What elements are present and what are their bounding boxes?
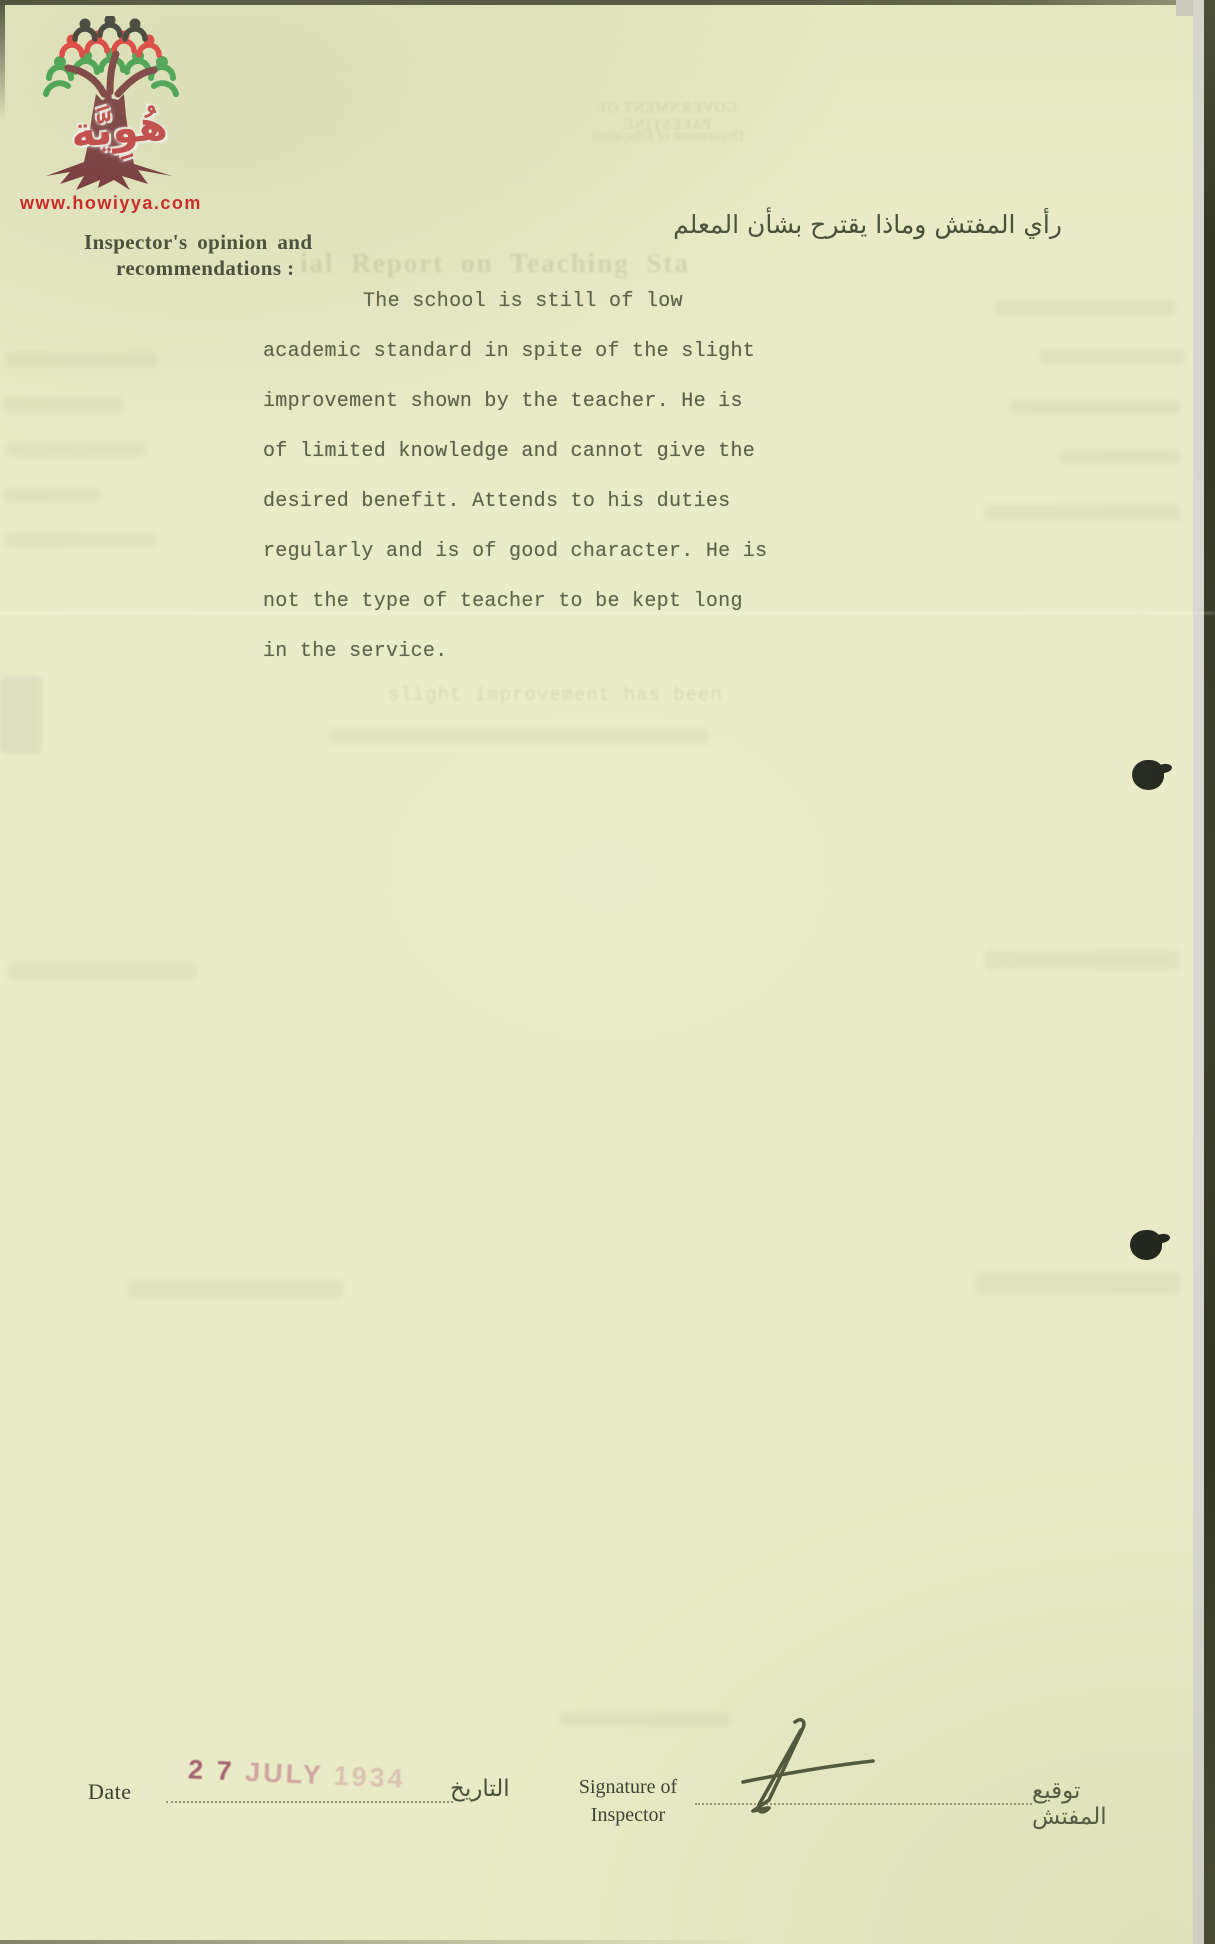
bleedthrough-smudge [330, 728, 710, 744]
date-stamp: 2 7 JULY 1934 [187, 1754, 448, 1796]
typed-line: of limited knowledge and cannot give the [263, 440, 823, 490]
stamp-day: 2 7 [187, 1754, 235, 1786]
bleedthrough-smudge [128, 1280, 343, 1298]
date-label: Date [88, 1779, 132, 1805]
bleedthrough-smudge [1010, 400, 1180, 414]
typewritten-report-text: The school is still of low academic stan… [263, 290, 823, 690]
bleedthrough-smudge [4, 488, 100, 502]
site-url-watermark: www.howiyya.com [20, 193, 202, 214]
bleedthrough-smudge [985, 950, 1180, 970]
bleedthrough-smudge [6, 352, 156, 368]
inspector-opinion-label-line2: recommendations : [116, 256, 316, 281]
inspector-signature [733, 1716, 883, 1818]
bleedthrough-smudge [4, 398, 122, 412]
bleedthrough-smudge [985, 505, 1180, 521]
bleedthrough-smudge [8, 962, 198, 980]
inspector-opinion-label-line1: Inspector's opinion and [84, 230, 354, 255]
stamp-year: 1934 [333, 1761, 406, 1794]
scan-edge-bottom [0, 1940, 760, 1944]
typed-line: desired benefit. Attends to his duties [263, 490, 823, 540]
typed-line: improvement shown by the teacher. He is [263, 390, 823, 440]
date-dotted-line [166, 1801, 453, 1803]
bleedthrough-government-line: GOVERNMENT OF PALESTINE [552, 100, 782, 134]
scan-edge-top [0, 0, 1215, 5]
bleedthrough-smudge [975, 1272, 1180, 1294]
typed-line: academic standard in spite of the slight [263, 340, 823, 390]
typed-line: regularly and is of good character. He i… [263, 540, 823, 590]
typed-line: in the service. [263, 640, 823, 690]
scanned-document-page: هُوِيَّة www.howiyya.com GOVERNMENT OF P… [0, 0, 1215, 1944]
bleedthrough-smudge [6, 533, 156, 547]
bleedthrough-smudge [1060, 450, 1180, 464]
scan-edge-right-dark [1204, 0, 1215, 1944]
signature-label-arabic: توقيع المفتش [1032, 1778, 1144, 1830]
date-label-arabic: التاريخ [450, 1776, 510, 1802]
scan-edge-right-light [1193, 0, 1204, 1944]
bleedthrough-smudge [560, 1712, 730, 1726]
bleedthrough-smudge [1040, 350, 1185, 364]
ink-dot-hole-lower [1130, 1230, 1162, 1260]
bleedthrough-smudge [6, 443, 146, 457]
ink-dot-hole-upper [1132, 760, 1164, 790]
signature-label-line1: Signature of [558, 1776, 698, 1799]
bleedthrough-report-heading: ial Report on Teaching Sta [300, 248, 920, 279]
stamp-month: JULY [244, 1757, 323, 1790]
bleedthrough-department-line: Department of Education [568, 128, 768, 145]
typed-line: not the type of teacher to be kept long [263, 590, 823, 640]
inspector-opinion-label-arabic: رأي المفتش وماذا يقترح بشأن المعلم [655, 210, 1080, 239]
signature-label-line2: Inspector [558, 1804, 698, 1827]
typed-line: The school is still of low [263, 290, 823, 340]
bleedthrough-smudge [995, 300, 1175, 316]
paper-smudge-patch [0, 676, 42, 754]
logo-calligraphy: هُوِيَّة [62, 99, 176, 157]
scan-edge-left [0, 0, 5, 120]
